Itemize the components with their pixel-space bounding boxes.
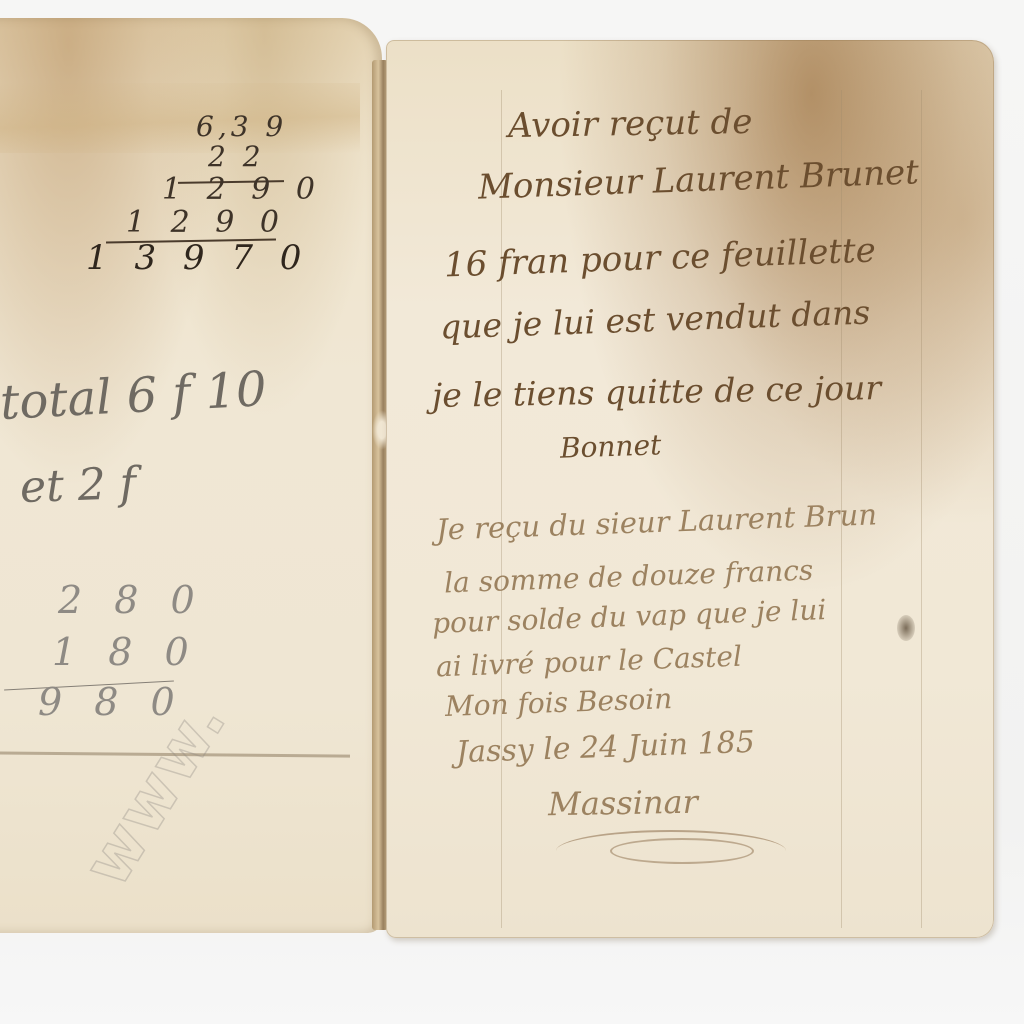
ruled-margin-line <box>501 90 502 928</box>
et-line: et 2 f <box>19 458 137 513</box>
arithmetic-line-1: 6,3 9 <box>196 110 287 143</box>
pencil-sum-line-1: 2 8 0 <box>58 578 205 622</box>
arithmetic-line-4: 1 2 9 0 <box>126 205 287 240</box>
ink-blot <box>897 615 915 641</box>
pencil-sum-line-2: 1 8 0 <box>52 630 199 674</box>
receipt-1-signature: Bonnet <box>559 428 661 465</box>
notebook-photo: 6,3 9 2 2 1 2 9 0 1 2 9 0 1 3 9 7 0 tota… <box>0 0 1024 1024</box>
receipt-1-line-5: je le tiens quitte de ce jour <box>432 368 882 415</box>
water-stain <box>0 83 360 153</box>
receipt-2-signature: Massinar <box>548 783 699 824</box>
receipt-1-line-1: Avoir reçut de <box>508 102 753 146</box>
ruled-column-line <box>921 90 922 928</box>
signature-flourish <box>610 838 754 864</box>
page-fold-line <box>0 751 350 757</box>
arithmetic-line-5: 1 3 9 7 0 <box>86 238 309 278</box>
arithmetic-line-2: 2 2 <box>208 140 265 173</box>
pencil-sum-line-3: 9 8 0 <box>38 680 185 724</box>
arithmetic-line-3: 1 2 9 0 <box>162 172 323 207</box>
